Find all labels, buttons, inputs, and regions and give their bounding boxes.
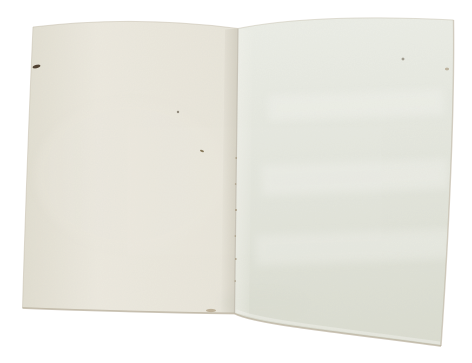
open-booklet-photo	[0, 0, 472, 363]
grain-rect	[0, 0, 472, 363]
photo-stage	[0, 0, 472, 363]
paper-grain	[0, 0, 472, 363]
